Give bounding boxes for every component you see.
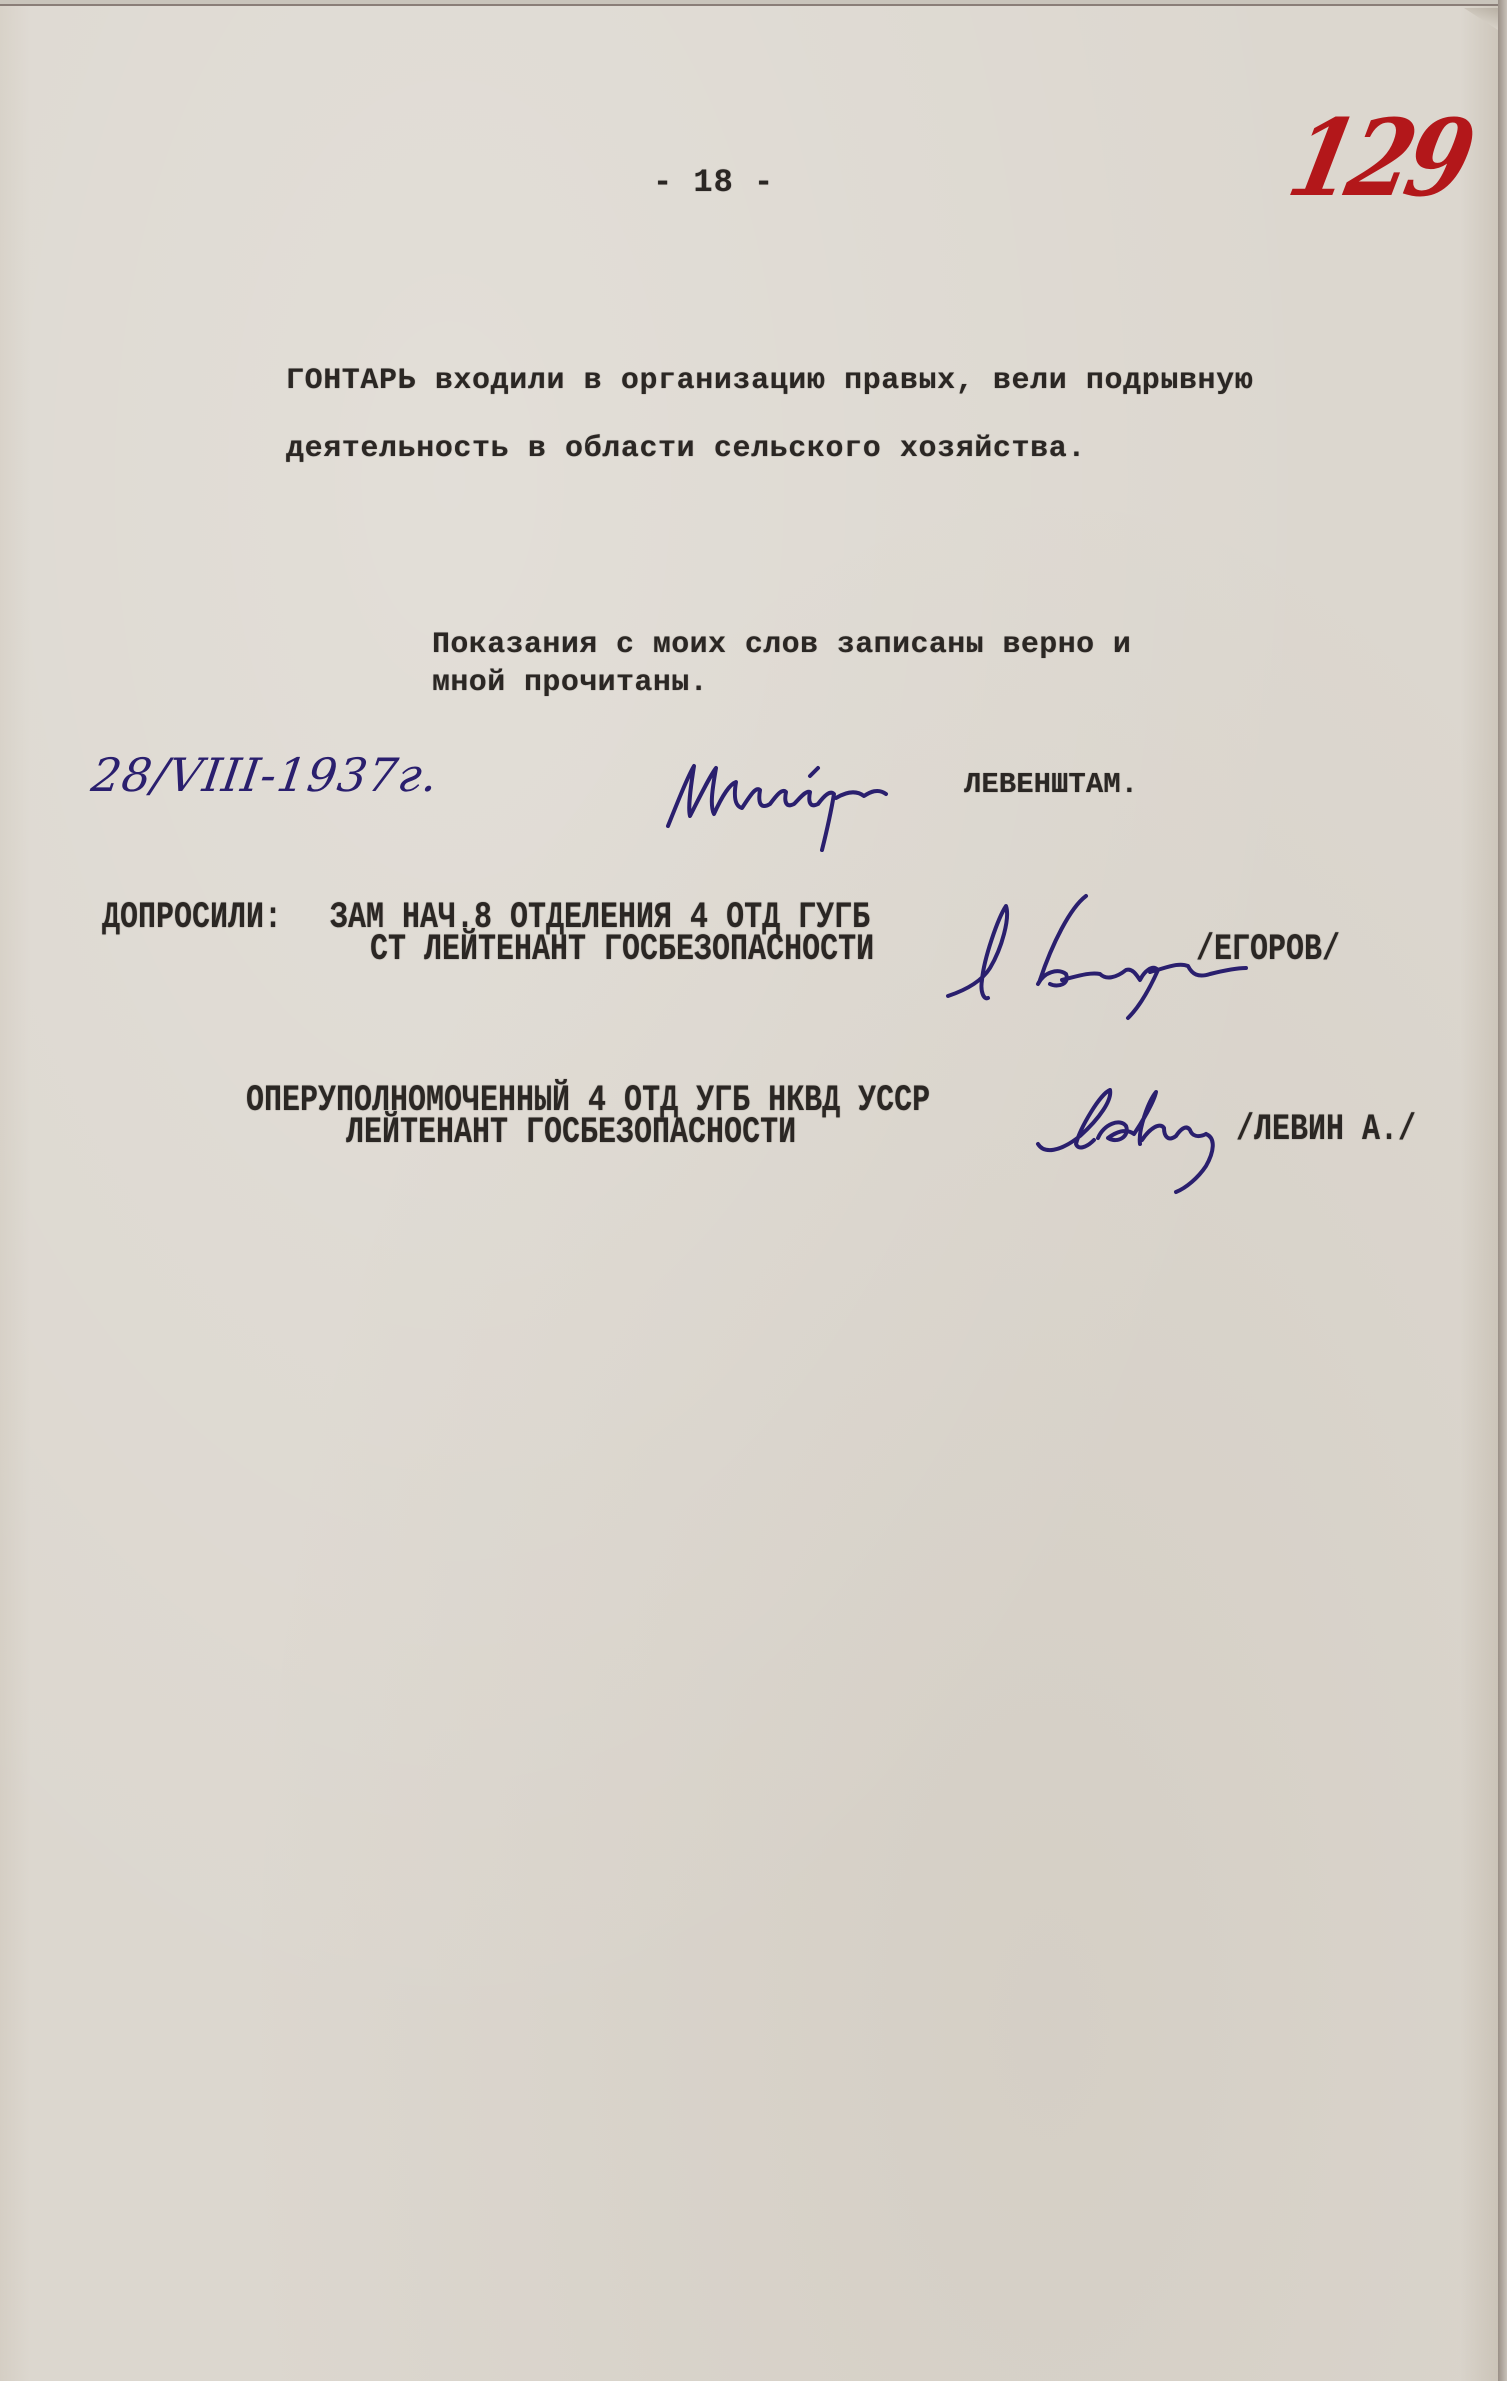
attestation-line-1: Показания с моих слов записаны верно и: [432, 628, 1131, 662]
body-line-2: деятельность в области сельского хозяйст…: [286, 432, 1086, 466]
witness-name: ЛЕВЕНШТАМ.: [964, 768, 1138, 802]
interrogator-2-title-line-2: ЛЕЙТЕНАНТ ГОСБЕЗОПАСНОСТИ: [346, 1113, 796, 1153]
handwritten-date: 28/VIII-1937г.: [88, 748, 442, 802]
body-line-1: ГОНТАРЬ входили в организацию правых, ве…: [286, 364, 1253, 398]
page-number: - 18 -: [653, 166, 774, 200]
signature-levin-icon: [1030, 1078, 1260, 1198]
interrogator-2-signature: [1030, 1078, 1260, 1198]
page-right-edge: [1498, 0, 1507, 2381]
interrogator-1-name: /ЕГОРОВ/: [1196, 930, 1340, 970]
interrogator-2-name: /ЛЕВИН А./: [1236, 1110, 1416, 1150]
archive-folio-number: 129: [1279, 96, 1479, 220]
signature-levenshtam-icon: [660, 746, 900, 856]
interrogators-label: ДОПРОСИЛИ:: [102, 898, 282, 938]
interrogator-1-title-line-2: СТ ЛЕЙТЕНАНТ ГОСБЕЗОПАСНОСТИ: [370, 930, 874, 970]
attestation-line-2: мной прочитаны.: [432, 666, 708, 700]
witness-signature: [660, 746, 900, 856]
document-page: - 18 - 129 ГОНТАРЬ входили в организацию…: [0, 4, 1498, 2381]
page-corner-fold: [1464, 8, 1498, 30]
